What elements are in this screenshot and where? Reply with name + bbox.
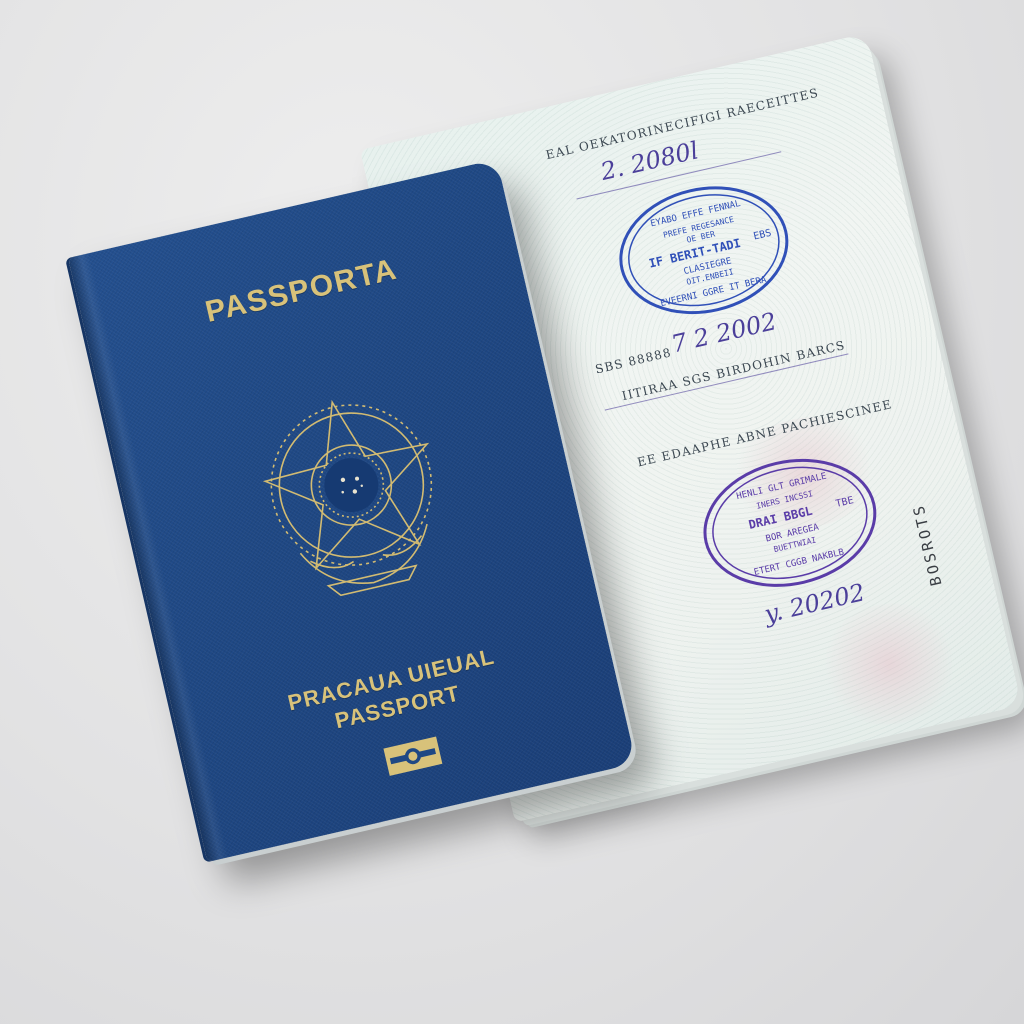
entry-stamp-blue: EYABO EFFE FENNAL PREFE REGESANCE OE BER… [604,167,804,333]
stamp-text: EBS [752,228,772,243]
biometric-chip-icon [382,735,443,777]
page-line: SBS 88888 [594,345,673,376]
page-side-text: BOSROTS [909,502,945,588]
stamp-text: TBE [835,495,855,510]
cover-title: PASSPORTA [83,225,519,357]
coat-of-arms-icon [228,369,480,621]
passport-photo: EAL OEKATORINECIFIGI RAECEITTES 2. 2080l… [0,0,1024,1024]
